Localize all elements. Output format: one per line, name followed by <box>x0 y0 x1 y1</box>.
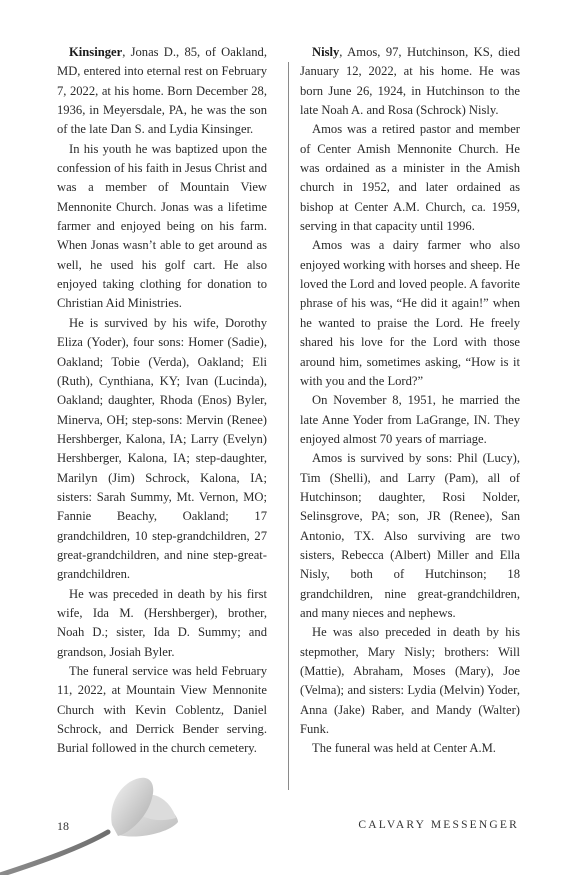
obituary-paragraph: Amos was a retired pastor and member of … <box>300 120 520 236</box>
obituary-surname: Nisly <box>312 45 339 59</box>
obituary-kinsinger: Kinsinger, Jonas D., 85, of Oakland, MD,… <box>57 43 267 759</box>
magazine-page: Kinsinger, Jonas D., 85, of Oakland, MD,… <box>0 0 575 875</box>
obituary-paragraph: Amos is survived by sons: Phil (Lucy), T… <box>300 449 520 623</box>
obituary-surname: Kinsinger <box>69 45 122 59</box>
obituary-paragraph: Nisly, Amos, 97, Hutchinson, KS, died Ja… <box>300 43 520 120</box>
publication-name: CALVARY MESSENGER <box>358 819 519 831</box>
page-number: 18 <box>57 819 69 834</box>
obituary-paragraph: On November 8, 1951, he married the late… <box>300 391 520 449</box>
obituary-paragraph: Kinsinger, Jonas D., 85, of Oakland, MD,… <box>57 43 267 140</box>
obituary-paragraph: The funeral service was held February 11… <box>57 662 267 759</box>
obituary-paragraph: He is survived by his wife, Dorothy Eliz… <box>57 314 267 585</box>
obituary-paragraph: He was preceded in death by his first wi… <box>57 585 267 662</box>
obituary-paragraph: In his youth he was baptized upon the co… <box>57 140 267 314</box>
obituary-paragraph: Amos was a dairy farmer who also enjoyed… <box>300 236 520 391</box>
white-tulip-icon <box>0 770 190 875</box>
obituary-nisly: Nisly, Amos, 97, Hutchinson, KS, died Ja… <box>300 43 520 759</box>
obituary-paragraph: The funeral was held at Center A.M. <box>300 739 520 758</box>
column-divider <box>288 62 289 790</box>
obituary-paragraph: He was also preceded in death by his ste… <box>300 623 520 739</box>
